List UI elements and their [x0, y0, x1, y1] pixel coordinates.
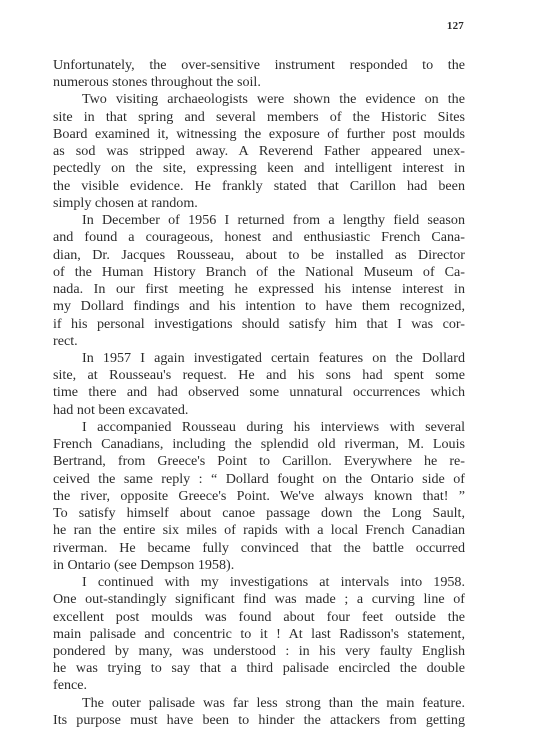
text-line: the river, opposite Greece's Point. We'v… [53, 488, 465, 505]
text-line: pectedly on the site, expressing keen an… [53, 160, 465, 177]
paragraph: In December of 1956 I returned from a le… [53, 212, 465, 350]
text-line: nada. In our first meeting he expressed … [53, 281, 465, 298]
paragraph: The outer palisade was far less strong t… [53, 695, 465, 729]
text-line: time there and had observed some unnatur… [53, 384, 465, 401]
text-line: French Canadians, including the splendid… [53, 436, 465, 453]
page-number: 127 [447, 20, 464, 32]
body-text: Unfortunately, the over-sensitive instru… [53, 57, 465, 729]
text-line: ceived the same reply : “ Dollard fought… [53, 471, 465, 488]
paragraph: I accompanied Rousseau during his interv… [53, 419, 465, 574]
text-line: had not been excavated. [53, 402, 465, 419]
text-line: fence. [53, 677, 465, 694]
text-line: I continued with my investigations at in… [53, 574, 465, 591]
text-line: The outer palisade was far less strong t… [53, 695, 465, 712]
text-line: One out-standingly significant find was … [53, 591, 465, 608]
text-line: if his personal investigations should sa… [53, 316, 465, 333]
text-line: In December of 1956 I returned from a le… [53, 212, 465, 229]
text-line: numerous stones throughout the soil. [53, 74, 465, 91]
text-line: Board examined it, witnessing the exposu… [53, 126, 465, 143]
text-line: dian, Dr. Jacques Rousseau, about to be … [53, 247, 465, 264]
text-line: he was trying to say that a third palisa… [53, 660, 465, 677]
text-line: site, at Rousseau's request. He and his … [53, 367, 465, 384]
text-line: and found a courageous, honest and enthu… [53, 229, 465, 246]
paragraph: Two visiting archaeologists were shown t… [53, 91, 465, 212]
paragraph: Unfortunately, the over-sensitive instru… [53, 57, 465, 91]
text-line: site in that spring and several members … [53, 109, 465, 126]
text-line: excellent post moulds was found about fo… [53, 609, 465, 626]
text-line: I accompanied Rousseau during his interv… [53, 419, 465, 436]
text-line: of the Human History Branch of the Natio… [53, 264, 465, 281]
text-line: Its purpose must have been to hinder the… [53, 712, 465, 729]
text-line: Two visiting archaeologists were shown t… [53, 91, 465, 108]
text-line: main palisade and concentric to it ! At … [53, 626, 465, 643]
text-line: To satisfy himself about canoe passage d… [53, 505, 465, 522]
text-line: pondered by many, was understood : in hi… [53, 643, 465, 660]
paragraph: I continued with my investigations at in… [53, 574, 465, 695]
text-line: as sod was stripped away. A Reverend Fat… [53, 143, 465, 160]
text-line: In 1957 I again investigated certain fea… [53, 350, 465, 367]
text-line: he ran the entire six miles of rapids wi… [53, 522, 465, 539]
text-line: Bertrand, from Greece's Point to Carillo… [53, 453, 465, 470]
text-line: in Ontario (see Dempson 1958). [53, 557, 465, 574]
text-line: riverman. He became fully convinced that… [53, 540, 465, 557]
text-line: Unfortunately, the over-sensitive instru… [53, 57, 465, 74]
text-line: simply chosen at random. [53, 195, 465, 212]
paragraph: In 1957 I again investigated certain fea… [53, 350, 465, 419]
text-line: my Dollard findings and his intention to… [53, 298, 465, 315]
text-line: the visible evidence. He frankly stated … [53, 178, 465, 195]
text-line: rect. [53, 333, 465, 350]
